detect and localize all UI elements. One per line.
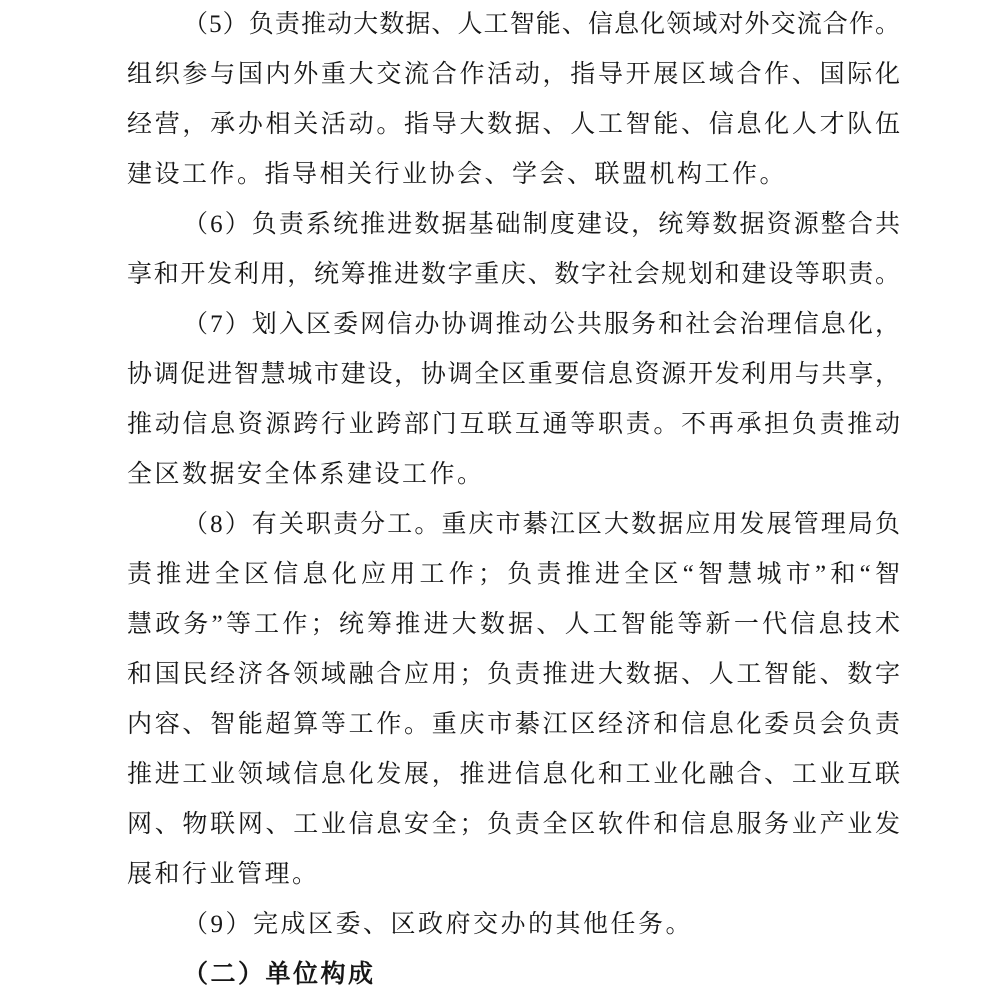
section-heading-unit-composition: （二）单位构成 bbox=[127, 950, 900, 1000]
text-line: （二）单位构成 bbox=[127, 950, 900, 1000]
clause-7-paragraph: （7）划入区委网信办协调推动公共服务和社会治理信息化，协调促进智慧城市建设，协调… bbox=[127, 300, 900, 500]
document-body: （5）负责推动大数据、人工智能、信息化领域对外交流合作。组织参与国内外重大交流合… bbox=[127, 0, 900, 1000]
clause-8-paragraph: （8）有关职责分工。重庆市綦江区大数据应用发展管理局负责推进全区信息化应用工作；… bbox=[127, 500, 900, 900]
text-line: 慧政务”等工作；统筹推进大数据、人工智能等新一代信息技术 bbox=[127, 600, 900, 650]
text-line: （7）划入区委网信办协调推动公共服务和社会治理信息化， bbox=[127, 300, 900, 350]
text-line: （5）负责推动大数据、人工智能、信息化领域对外交流合作。 bbox=[127, 0, 900, 50]
document-page: （5）负责推动大数据、人工智能、信息化领域对外交流合作。组织参与国内外重大交流合… bbox=[0, 0, 1000, 1002]
text-line: 组织参与国内外重大交流合作活动，指导开展区域合作、国际化 bbox=[127, 50, 900, 100]
text-line: （8）有关职责分工。重庆市綦江区大数据应用发展管理局负 bbox=[127, 500, 900, 550]
text-line: 经营，承办相关活动。指导大数据、人工智能、信息化人才队伍 bbox=[127, 100, 900, 150]
text-line: （9）完成区委、区政府交办的其他任务。 bbox=[127, 900, 900, 950]
text-line: 建设工作。指导相关行业协会、学会、联盟机构工作。 bbox=[127, 150, 900, 200]
text-line: 推动信息资源跨行业跨部门互联互通等职责。不再承担负责推动 bbox=[127, 400, 900, 450]
clause-6-paragraph: （6）负责系统推进数据基础制度建设，统筹数据资源整合共享和开发利用，统筹推进数字… bbox=[127, 200, 900, 300]
text-line: 和国民经济各领域融合应用；负责推进大数据、人工智能、数字 bbox=[127, 650, 900, 700]
text-line: 责推进全区信息化应用工作；负责推进全区“智慧城市”和“智 bbox=[127, 550, 900, 600]
text-line: 网、物联网、工业信息安全；负责全区软件和信息服务业产业发 bbox=[127, 800, 900, 850]
text-line: 内容、智能超算等工作。重庆市綦江区经济和信息化委员会负责 bbox=[127, 700, 900, 750]
text-line: （6）负责系统推进数据基础制度建设，统筹数据资源整合共 bbox=[127, 200, 900, 250]
text-line: 全区数据安全体系建设工作。 bbox=[127, 450, 900, 500]
text-line: 享和开发利用，统筹推进数字重庆、数字社会规划和建设等职责。 bbox=[127, 250, 900, 300]
clause-9-paragraph: （9）完成区委、区政府交办的其他任务。 bbox=[127, 900, 900, 950]
text-line: 展和行业管理。 bbox=[127, 850, 900, 900]
text-line: 推进工业领域信息化发展，推进信息化和工业化融合、工业互联 bbox=[127, 750, 900, 800]
clause-5-paragraph: （5）负责推动大数据、人工智能、信息化领域对外交流合作。组织参与国内外重大交流合… bbox=[127, 0, 900, 200]
text-line: 协调促进智慧城市建设，协调全区重要信息资源开发利用与共享， bbox=[127, 350, 900, 400]
